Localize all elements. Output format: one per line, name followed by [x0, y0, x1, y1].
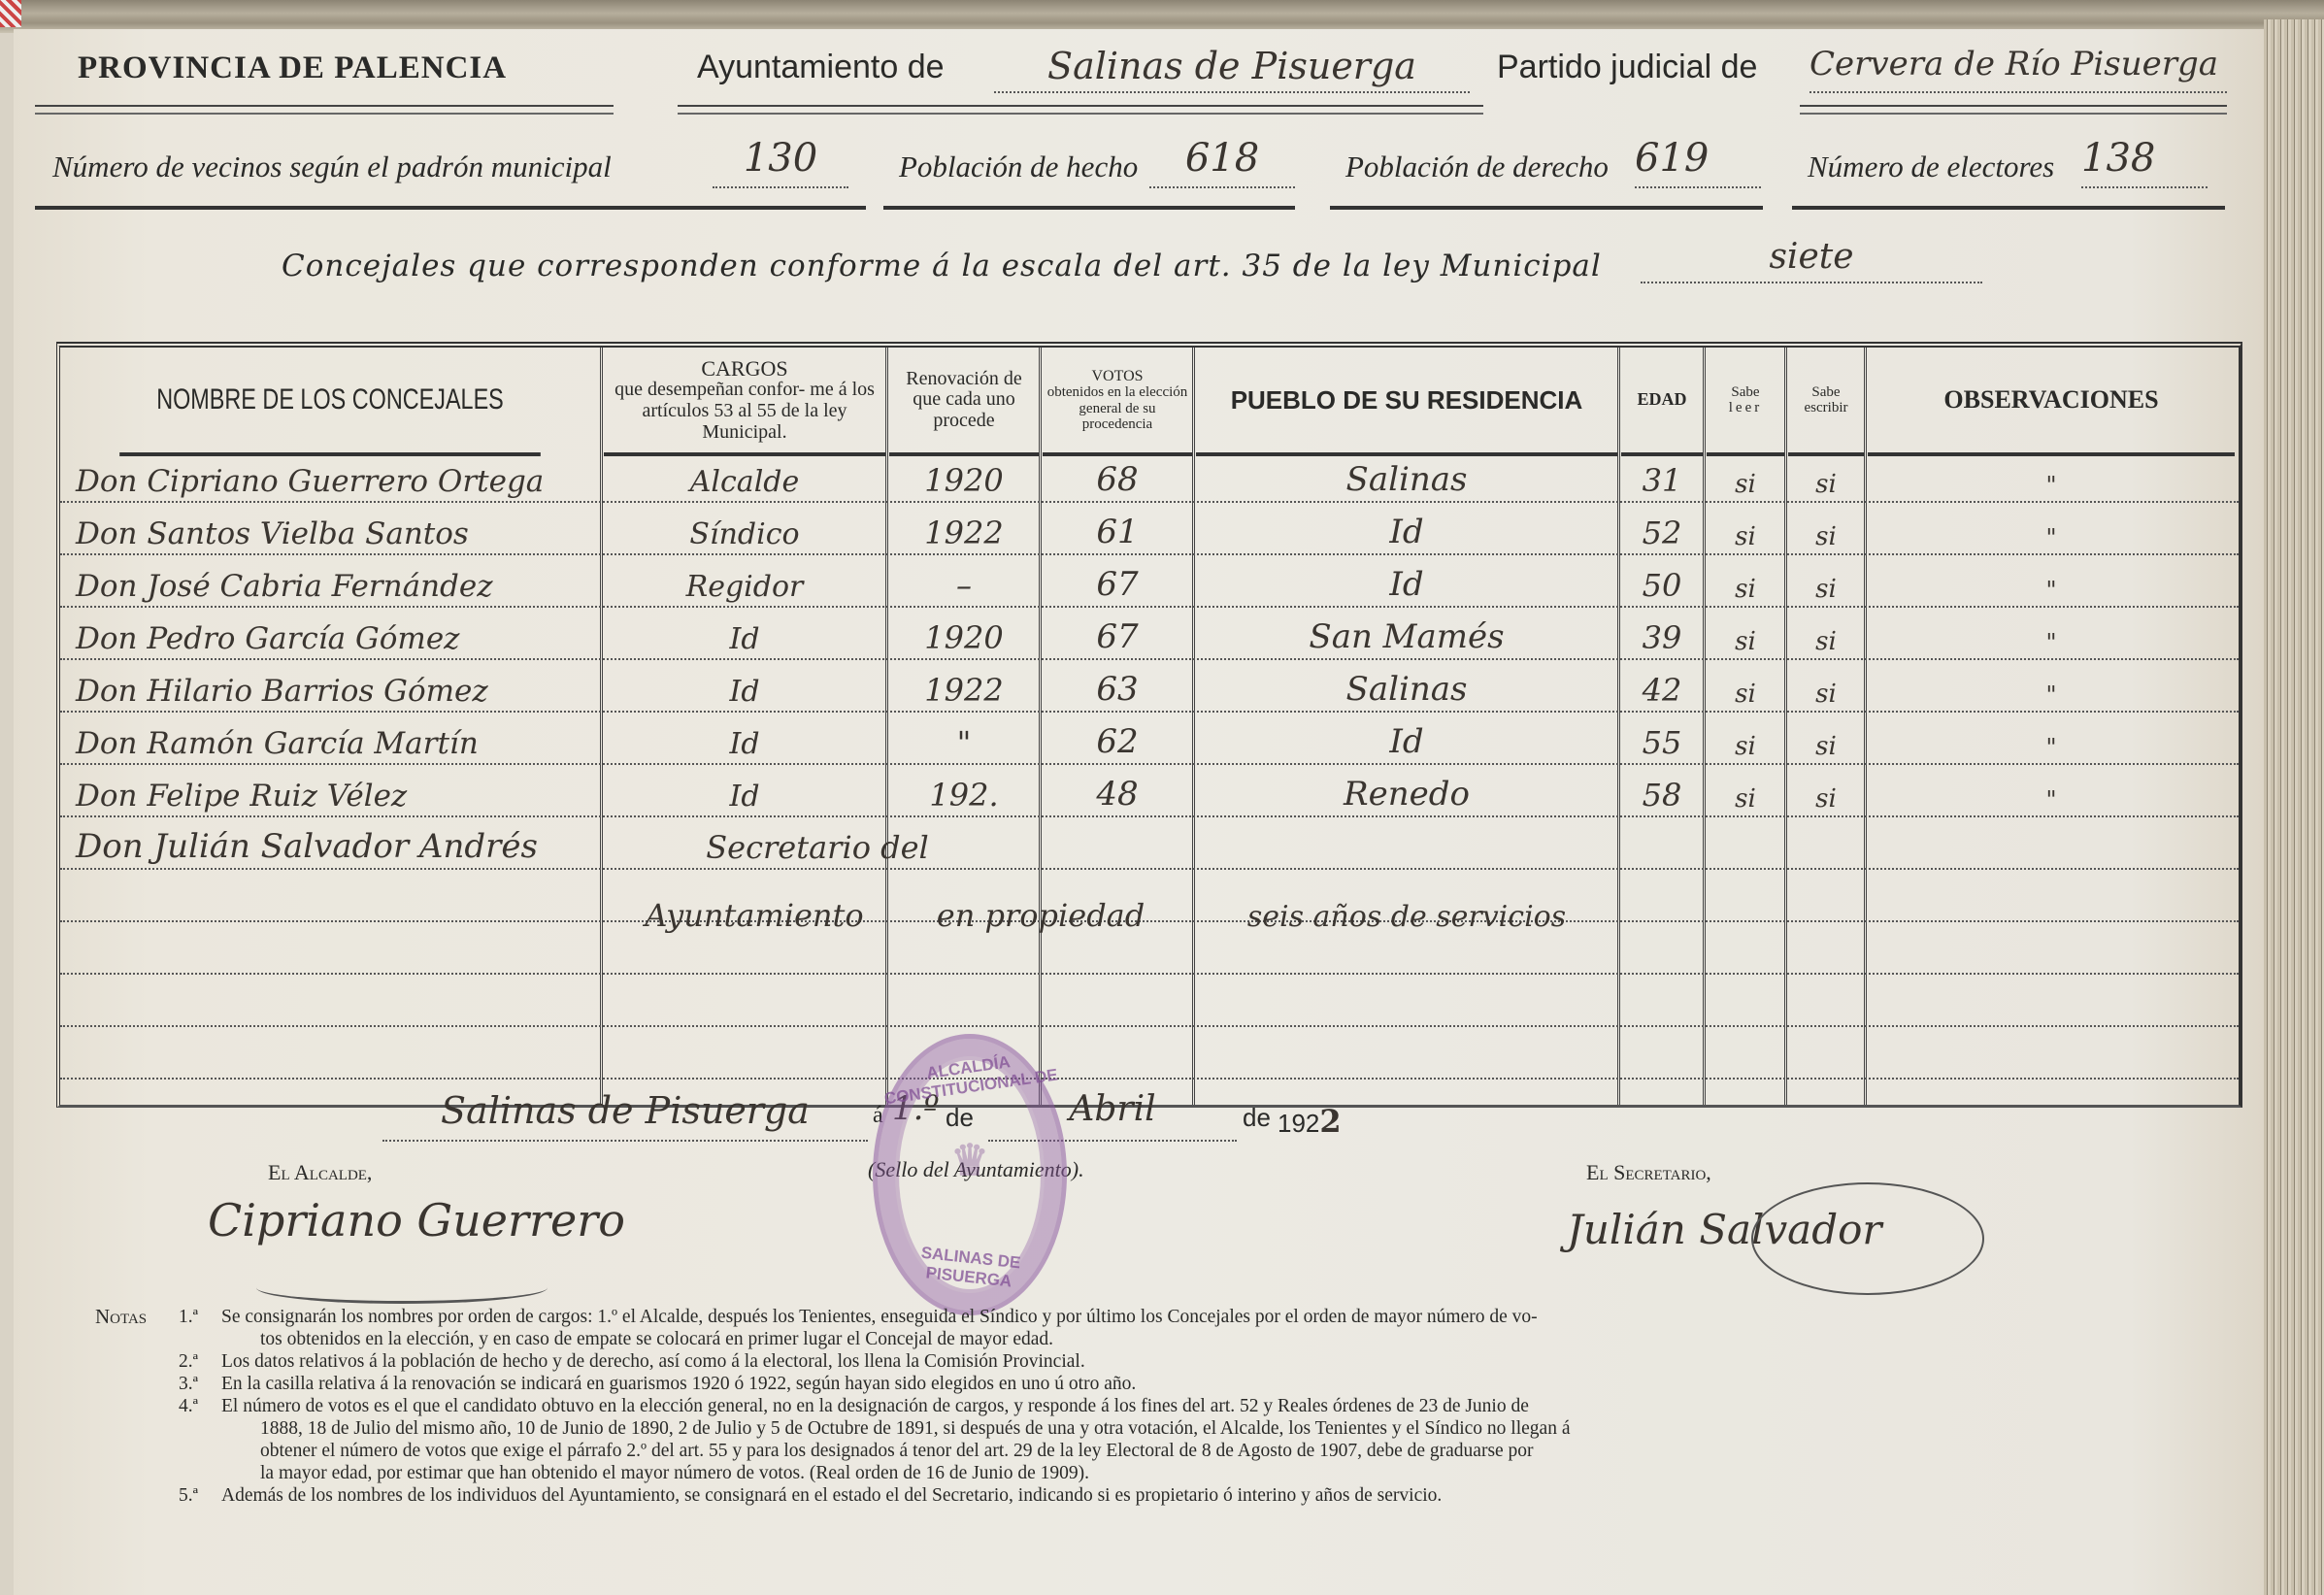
table-row-0-pueblo: Salinas	[1196, 458, 1617, 499]
table-row-4-nombre: Don Hilario Barrios Gómez	[60, 668, 615, 709]
table-row-1-cargo: Síndico	[604, 511, 885, 551]
table-row-5-votos: 62	[1043, 720, 1192, 761]
province-title: PROVINCIA DE PALENCIA	[78, 50, 507, 86]
divider	[35, 206, 866, 210]
divider	[1330, 206, 1763, 210]
concejales-table: NOMBRE DE LOS CONCEJALES CARGOS que dese…	[56, 342, 2242, 1108]
table-row-4-leer: si	[1707, 668, 1784, 709]
row-divider	[60, 501, 2239, 503]
table-row-1-votos: 61	[1043, 511, 1192, 551]
header-leer-sabe: Sabe	[1731, 384, 1759, 400]
ayuntamiento-label: Ayuntamiento de	[697, 49, 945, 86]
table-row-0-leer: si	[1707, 458, 1784, 499]
hecho-value: 618	[1149, 136, 1295, 188]
table-row-5-edad: 55	[1621, 720, 1703, 761]
header-escribir-text: escribir	[1805, 400, 1848, 415]
table-row-5-renovacion: "	[889, 720, 1039, 761]
table-row-5-cargo: Id	[604, 720, 885, 761]
table-row-0-escribir: si	[1788, 458, 1864, 499]
book-page-edges	[2264, 19, 2324, 1595]
book-binding-top	[0, 0, 2324, 33]
table-row-2-cargo: Regidor	[604, 563, 885, 604]
note-3-num: 3.ª	[179, 1373, 198, 1395]
seal-text-bottom: SALINAS DE PISUERGA	[876, 1239, 1063, 1297]
header-votos-title: VOTOS	[1091, 368, 1143, 384]
footer-place: Salinas de Pisuerga	[382, 1089, 868, 1142]
table-row-5-leer: si	[1707, 720, 1784, 761]
table-row-1-edad: 52	[1621, 511, 1703, 551]
alcalde-signature: Cipriano Guerrero	[208, 1194, 625, 1246]
alcalde-rubric	[256, 1272, 548, 1304]
row-divider	[60, 815, 2239, 817]
table-row-2-pueblo: Id	[1196, 563, 1617, 604]
table-row-6-leer: si	[1707, 773, 1784, 814]
footer-de2: de	[1243, 1103, 1271, 1133]
header-nombre: NOMBRE DE LOS CONCEJALES	[119, 348, 541, 456]
note-1-num: 1.ª	[179, 1306, 198, 1328]
note-1-cont: tos obtenidos en la elección, y en caso …	[221, 1328, 2250, 1350]
table-row-2-votos: 67	[1043, 563, 1192, 604]
row-divider	[60, 1025, 2239, 1027]
table-row-2-observaciones: "	[1868, 563, 2235, 604]
derecho-label: Población de derecho	[1345, 150, 1609, 184]
header-leer-text: leer	[1729, 400, 1762, 415]
table-row-0-edad: 31	[1621, 458, 1703, 499]
table-row-3-observaciones: "	[1868, 615, 2235, 656]
table-row-0-cargo: Alcalde	[604, 458, 885, 499]
note-5: 5.ª Además de los nombres de los individ…	[221, 1484, 2250, 1507]
header-escribir-sabe: Sabe	[1811, 384, 1840, 400]
table-row-2-leer: si	[1707, 563, 1784, 604]
note-5-num: 5.ª	[179, 1484, 198, 1507]
derecho-value: 619	[1635, 136, 1761, 188]
hecho-label: Población de hecho	[899, 150, 1138, 184]
row-divider	[60, 868, 2239, 870]
table-row-1-renovacion: 1922	[889, 511, 1039, 551]
concejales-value: siete	[1641, 237, 1982, 283]
crown-icon: ♛	[878, 1136, 1062, 1185]
table-row-5-escribir: si	[1788, 720, 1864, 761]
note-1: 1.ª Se consignarán los nombres por orden…	[221, 1306, 2250, 1350]
table-row-6-edad: 58	[1621, 773, 1703, 814]
divider	[883, 206, 1295, 210]
note-4: 4.ª El número de votos es el que el cand…	[221, 1395, 2250, 1484]
table-row-6-renovacion: 192.	[889, 773, 1039, 814]
row-divider	[60, 553, 2239, 555]
row-divider	[60, 1078, 2239, 1080]
header-escribir: Sabe escribir	[1788, 348, 1864, 456]
partido-value: Cervera de Río Pisuerga	[1809, 45, 2227, 93]
note-3: 3.ª En la casilla relativa á la renovaci…	[221, 1373, 2250, 1395]
vecinos-value: 130	[713, 136, 848, 188]
header-observaciones: OBSERVACIONES	[1868, 348, 2235, 456]
table-row-3-leer: si	[1707, 615, 1784, 656]
table-row-1-nombre: Don Santos Vielba Santos	[60, 511, 615, 551]
header-votos: VOTOS obtenidos en la elección general d…	[1043, 348, 1192, 456]
secretario-cargo-line1: Secretario del	[643, 825, 992, 866]
divider	[35, 105, 614, 115]
divider	[1792, 206, 2225, 210]
partido-label: Partido judicial de	[1497, 49, 1757, 86]
divider	[1800, 105, 2227, 115]
footer-year: 1922	[1278, 1103, 1342, 1140]
table-row-1-pueblo: Id	[1196, 511, 1617, 551]
table-row-6-escribir: si	[1788, 773, 1864, 814]
table-row-3-pueblo: San Mamés	[1196, 615, 1617, 656]
table-row-4-pueblo: Salinas	[1196, 668, 1617, 709]
electores-value: 138	[2081, 136, 2208, 188]
secretario-cargo-line2: Ayuntamiento	[614, 893, 895, 934]
note-4-text: El número de votos es el que el candidat…	[221, 1395, 2250, 1417]
header-cargos: CARGOS que desempeñan confor- me á los a…	[604, 348, 885, 456]
table-row-2-renovacion: –	[889, 563, 1039, 604]
table-row-2-nombre: Don José Cabria Fernández	[60, 563, 615, 604]
table-row-5-observaciones: "	[1868, 720, 2235, 761]
table-row-2-edad: 50	[1621, 563, 1703, 604]
note-5-text: Además de los nombres de los individuos …	[221, 1484, 2250, 1507]
table-row-1-observaciones: "	[1868, 511, 2235, 551]
header-edad: EDAD	[1621, 348, 1703, 456]
document-page: PROVINCIA DE PALENCIA Ayuntamiento de Sa…	[14, 29, 2264, 1595]
note-4-cont3: la mayor edad, por estimar que han obten…	[221, 1462, 2250, 1484]
table-row-6-observaciones: "	[1868, 773, 2235, 814]
table-row-6-votos: 48	[1043, 773, 1192, 814]
table-row-3-votos: 67	[1043, 615, 1192, 656]
footer-year-suffix: 2	[1319, 1103, 1341, 1140]
concejales-label: Concejales que corresponden conforme á l…	[282, 249, 1602, 283]
secretario-propiedad: en propiedad	[895, 893, 1186, 934]
table-row-5-nombre: Don Ramón García Martín	[60, 720, 615, 761]
table-row-6-cargo: Id	[604, 773, 885, 814]
note-4-cont: 1888, 18 de Julio del mismo año, 10 de J…	[221, 1417, 2250, 1440]
secretario-rubric	[1751, 1182, 1984, 1295]
note-2-num: 2.ª	[179, 1350, 198, 1373]
vecinos-label: Número de vecinos según el padrón munici…	[52, 150, 612, 184]
row-divider	[60, 973, 2239, 975]
alcalde-label: El Alcalde,	[268, 1160, 372, 1185]
header-renovacion: Renovación de que cada uno procede	[889, 348, 1039, 456]
electores-label: Número de electores	[1808, 150, 2054, 184]
table-row-5-pueblo: Id	[1196, 720, 1617, 761]
table-row-2-escribir: si	[1788, 563, 1864, 604]
table-row-4-escribir: si	[1788, 668, 1864, 709]
ayuntamiento-value: Salinas de Pisuerga	[994, 45, 1470, 93]
table-row-3-edad: 39	[1621, 615, 1703, 656]
table-row-4-votos: 63	[1043, 668, 1192, 709]
note-4-cont2: obtener el número de votos que exige el …	[221, 1440, 2250, 1462]
table-row-0-observaciones: "	[1868, 458, 2235, 499]
note-2: 2.ª Los datos relativos á la población d…	[221, 1350, 2250, 1373]
header-pueblo: PUEBLO DE SU RESIDENCIA	[1196, 348, 1617, 456]
table-row-4-observaciones: "	[1868, 668, 2235, 709]
table-row-3-cargo: Id	[604, 615, 885, 656]
table-row-1-leer: si	[1707, 511, 1784, 551]
note-4-num: 4.ª	[179, 1395, 198, 1417]
notes-label: Notas	[95, 1306, 147, 1328]
row-divider	[60, 763, 2239, 765]
header-leer: Sabe leer	[1707, 348, 1784, 456]
row-divider	[60, 606, 2239, 608]
divider	[678, 105, 1483, 115]
table-row-0-nombre: Don Cipriano Guerrero Ortega	[60, 458, 615, 499]
table-row-4-cargo: Id	[604, 668, 885, 709]
row-divider	[60, 711, 2239, 713]
header-votos-sub: obtenidos en la elección general de su p…	[1043, 384, 1192, 432]
table-row-4-renovacion: 1922	[889, 668, 1039, 709]
table-row-0-votos: 68	[1043, 458, 1192, 499]
footer-year-prefix: 192	[1278, 1109, 1319, 1138]
note-3-text: En la casilla relativa á la renovación s…	[221, 1373, 2250, 1395]
row-divider	[60, 658, 2239, 660]
secretario-servicios: seis años de servicios	[1196, 893, 1617, 934]
header-cargos-title: CARGOS	[701, 357, 787, 381]
ayuntamiento-seal: ALCALDÍA CONSTITUCIONAL DE ♛ SALINAS DE …	[873, 1034, 1067, 1315]
note-2-text: Los datos relativos á la población de he…	[221, 1350, 2250, 1373]
table-row-3-renovacion: 1920	[889, 615, 1039, 656]
header-cargos-sub: que desempeñan confor- me á los artículo…	[604, 380, 885, 443]
table-row-6-pueblo: Renedo	[1196, 773, 1617, 814]
bookmark-ribbon	[0, 0, 21, 27]
note-1-text: Se consignarán los nombres por orden de …	[221, 1306, 2250, 1328]
table-row-3-escribir: si	[1788, 615, 1864, 656]
table-row-6-nombre: Don Felipe Ruiz Vélez	[60, 773, 615, 814]
table-row-4-edad: 42	[1621, 668, 1703, 709]
table-row-0-renovacion: 1920	[889, 458, 1039, 499]
secretario-label: El Secretario,	[1586, 1160, 1711, 1185]
table-row-1-escribir: si	[1788, 511, 1864, 551]
table-row-3-nombre: Don Pedro García Gómez	[60, 615, 615, 656]
